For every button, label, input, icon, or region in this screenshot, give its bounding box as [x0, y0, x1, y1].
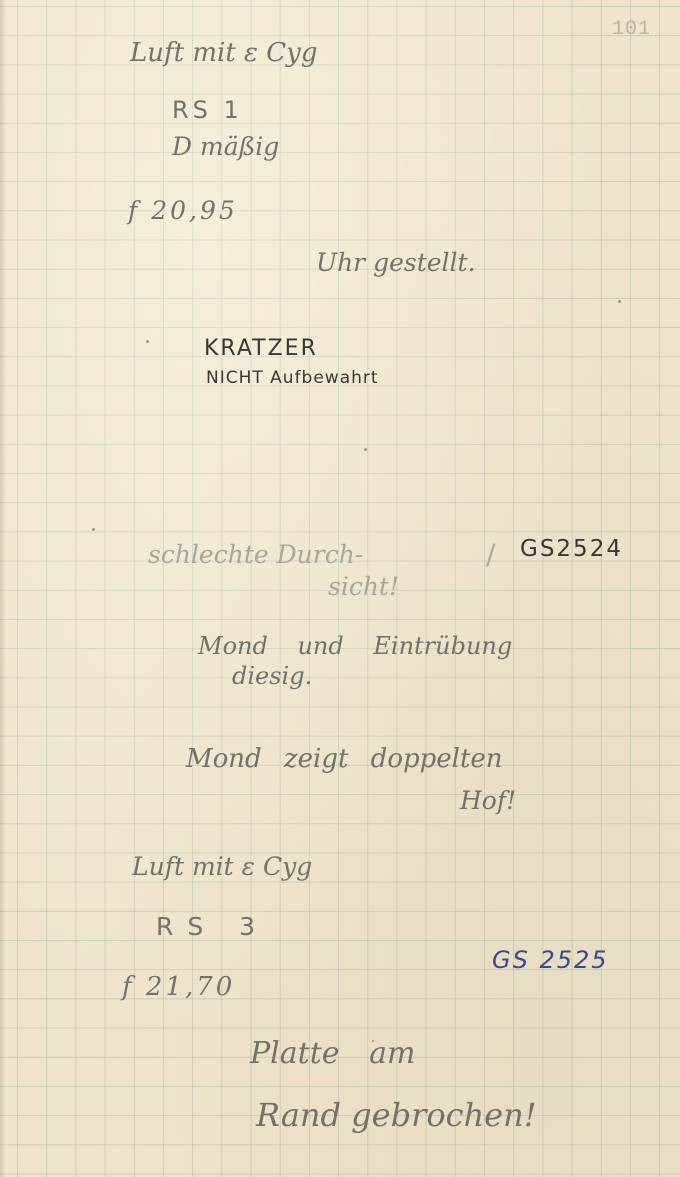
observation-line-focus-20-95: f 20,95 — [128, 196, 238, 225]
notebook-page: 101 Luft mit ε Cyg RS 1 D mäßig f 20,95 … — [0, 0, 680, 1177]
note-schlechte-durchsicht-2: sicht! — [328, 572, 399, 601]
page-edge-shadow — [0, 0, 6, 1177]
note-platte-gebrochen-1: Platte am — [250, 1036, 415, 1071]
note-schlechte-durchsicht-1: schlechte Durch- — [148, 540, 363, 569]
plate-id-gs2525: GS 2525 — [492, 946, 609, 974]
observation-line-air-eps-cyg-1: Luft mit ε Cyg — [130, 38, 317, 68]
note-platte-gebrochen-2: Rand gebrochen! — [256, 1096, 537, 1134]
observation-line-rs-3: RS 3 — [156, 912, 269, 941]
observation-line-focus-21-70: f 21,70 — [122, 972, 235, 1002]
note-mond-doppelter-hof-2: Hof! — [460, 786, 516, 815]
plate-id-gs2524: GS2524 — [520, 536, 623, 562]
note-mond-eintruebung-2: diesig. — [232, 662, 312, 690]
observation-line-d-maessig: D mäßig — [172, 132, 279, 161]
note-mond-doppelter-hof-1: Mond zeigt doppelten — [186, 744, 503, 774]
note-nicht-aufbewahrt: NICHT Aufbewahrt — [206, 368, 379, 388]
observation-line-air-eps-cyg-2: Luft mit ε Cyg — [132, 852, 312, 881]
note-mond-eintruebung-1: Mond und Eintrübung — [198, 632, 512, 660]
page-number-stamp: 101 — [612, 18, 651, 41]
note-kratzer: KRATZER — [204, 336, 318, 361]
observation-line-rs-1: RS 1 — [172, 96, 243, 124]
separator-slash: / — [486, 538, 495, 571]
observation-line-uhr-gestellt: Uhr gestellt. — [316, 248, 476, 277]
